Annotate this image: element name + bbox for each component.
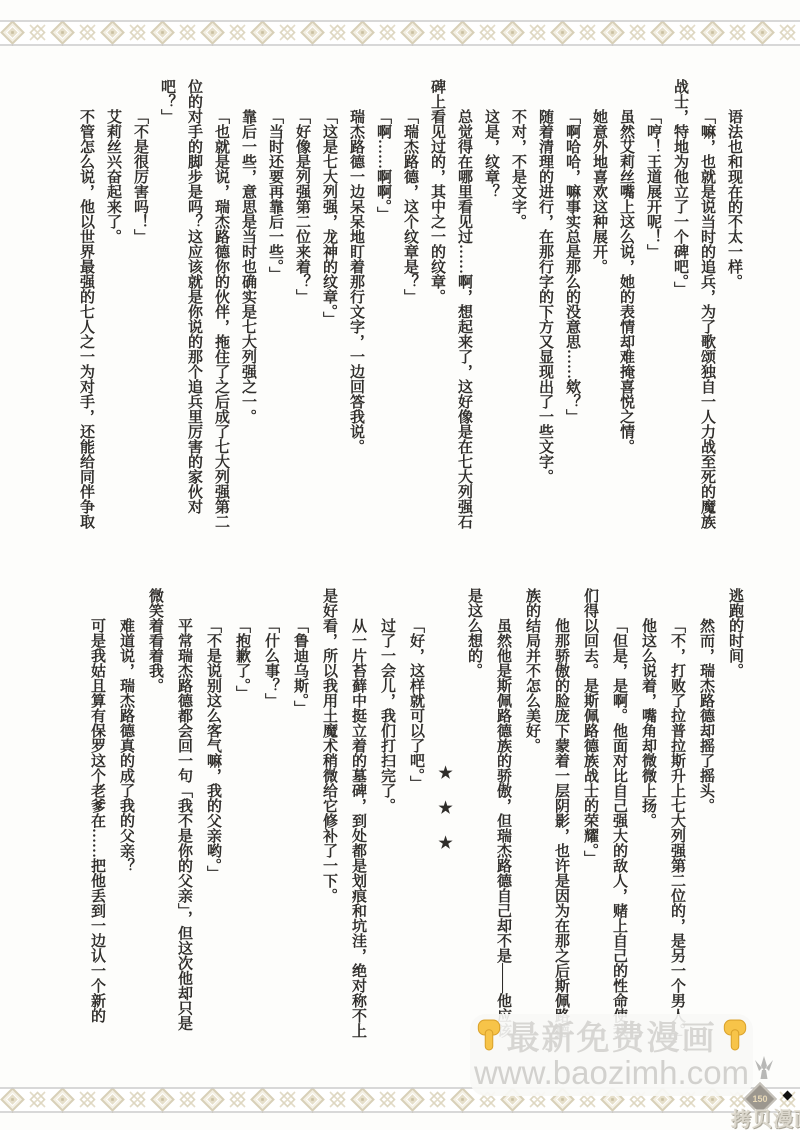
novel-paragraph: 「不，打败了拉普拉斯升上七大列强第二位的，是另一个男人。」: [662, 588, 691, 1043]
novel-paragraph: 他那骄傲的脸庞下蒙着一层阴影，也许是因为在那之后斯佩路德族的结局并不怎么美好。: [517, 588, 575, 1043]
novel-paragraph: 可是我姑且算有保罗这个老爹在……把他丢到一边认一个新的: [82, 588, 111, 1043]
diamond-lattice-pattern: [0, 20, 800, 46]
novel-paragraph: 难道说，瑞杰路德真的成了我的父亲？: [111, 588, 140, 1043]
novel-paragraph: 「这是七大列强，龙神的纹章。」: [315, 79, 342, 532]
novel-paragraph: 「好像是列强第二位来着？」: [288, 79, 315, 532]
novel-paragraph: 虽然艾莉丝嘴上这么说，她的表情却难掩喜悦之情。: [612, 79, 639, 532]
novel-paragraph: 随着清理的进行，在那行字的下方又显现出了一些文字。: [531, 79, 558, 532]
novel-paragraph: 过了一会儿，我们打扫完了。: [372, 588, 401, 1043]
novel-paragraph: 艾莉丝兴奋起来了。: [99, 79, 126, 532]
novel-paragraph: 「啊……啊啊。」: [369, 79, 396, 532]
watermark-box: 最新免费漫画 www.baozimh.com: [470, 1014, 753, 1096]
novel-paragraph: 虽然他是斯佩路德族的骄傲，但瑞杰路德自己却不是——他应该是这么想的。: [459, 588, 517, 1043]
top-border-ornament: [0, 20, 800, 46]
novel-paragraph: 她意外地喜欢这种展开。: [585, 79, 612, 532]
novel-paragraph: 「嘛，也就是说当时的追兵，为了歌颂独自一人力战至死的魔族战士，特地为他立了一个碑…: [666, 79, 720, 532]
novel-paragraph: 从一片苔藓中挺立着的墓碑，到处都是划痕和坑洼，绝对称不上是好看，所以我用土魔术稍…: [314, 588, 372, 1043]
pointing-down-hand-icon: [476, 1019, 502, 1056]
novel-paragraph: 他这么说着，嘴角却微微上扬。: [633, 588, 662, 1043]
watermark-site-label: 最新免费漫画: [507, 1021, 717, 1054]
novel-paragraph: 「不是说别这么客气嘛，我的父亲哟。」: [198, 588, 227, 1043]
watermark-site-line: 最新免费漫画: [476, 1019, 748, 1056]
watermark-site-url: www.baozimh.com: [474, 1056, 749, 1091]
novel-paragraph: 「抱歉了。」: [227, 588, 256, 1043]
novel-paragraph: 然而，瑞杰路德却摇了摇头。: [691, 588, 720, 1043]
copymanga-watermark: 拷贝漫画: [731, 1103, 800, 1130]
novel-paragraph: 不对，不是文字。: [504, 79, 531, 532]
novel-paragraph: 靠后一些，意思是当时也确实是七大列强之一。: [234, 79, 261, 532]
novel-paragraph: 总觉得在哪里看见过……啊，想起来了，这好像是在七大列强石碑上看见过的，其中之一的…: [423, 79, 477, 532]
novel-paragraph: 「鲁迪乌斯。」: [285, 588, 314, 1043]
novel-paragraph: 「好，这样就可以了吧。」: [401, 588, 430, 1043]
novel-paragraph: 「也就是说，瑞杰路德你的伙伴，拖住了之后成了七大列强第二位的对手的脚步是吗？这应…: [153, 79, 234, 532]
section-divider-stars: ★★★: [430, 588, 459, 1043]
novel-paragraph: 「什么事？」: [256, 588, 285, 1043]
novel-paragraph: 这是，纹章？: [477, 79, 504, 532]
novel-text-bottom-block: 逃跑的时间。然而，瑞杰路德却摇了摇头。「不，打败了拉普拉斯升上七大列强第二位的，…: [82, 588, 749, 1043]
novel-paragraph: 「当时还要再靠后一些。」: [261, 79, 288, 532]
novel-page-scan: { "novel": { "top_paragraphs": [ {"t": "…: [0, 0, 800, 1130]
novel-paragraph: 「瑞杰路德，这个纹章是？」: [396, 79, 423, 532]
novel-text-top-block: 语法也和现在的不太一样。「嘛，也就是说当时的追兵，为了歌颂独自一人力战至死的魔族…: [72, 79, 747, 532]
pointing-down-hand-icon: [722, 1019, 748, 1056]
novel-paragraph: 不管怎么说，他以世界最强的七人之一为对手，还能给同伴争取: [72, 79, 99, 532]
novel-paragraph: 平常瑞杰路德都会回一句「我不是你的父亲」，但这次他却只是微笑着看着我。: [140, 588, 198, 1043]
novel-paragraph: 语法也和现在的不太一样。: [720, 79, 747, 532]
novel-paragraph: 逃跑的时间。: [720, 588, 749, 1043]
novel-paragraph: 「但是，是啊。他面对比自己强大的敌人，赌上自己的性命使我们得以回去。是斯佩路德族…: [575, 588, 633, 1043]
novel-paragraph: 「不是很厉害吗！」: [126, 79, 153, 532]
novel-paragraph: 「哼！王道展开呢！」: [639, 79, 666, 532]
novel-paragraph: 瑞杰路德一边呆呆地盯着那行文字，一边回答我说。: [342, 79, 369, 532]
novel-paragraph: 「啊哈哈，嘛事实总是那么的没意思……欸？」: [558, 79, 585, 532]
